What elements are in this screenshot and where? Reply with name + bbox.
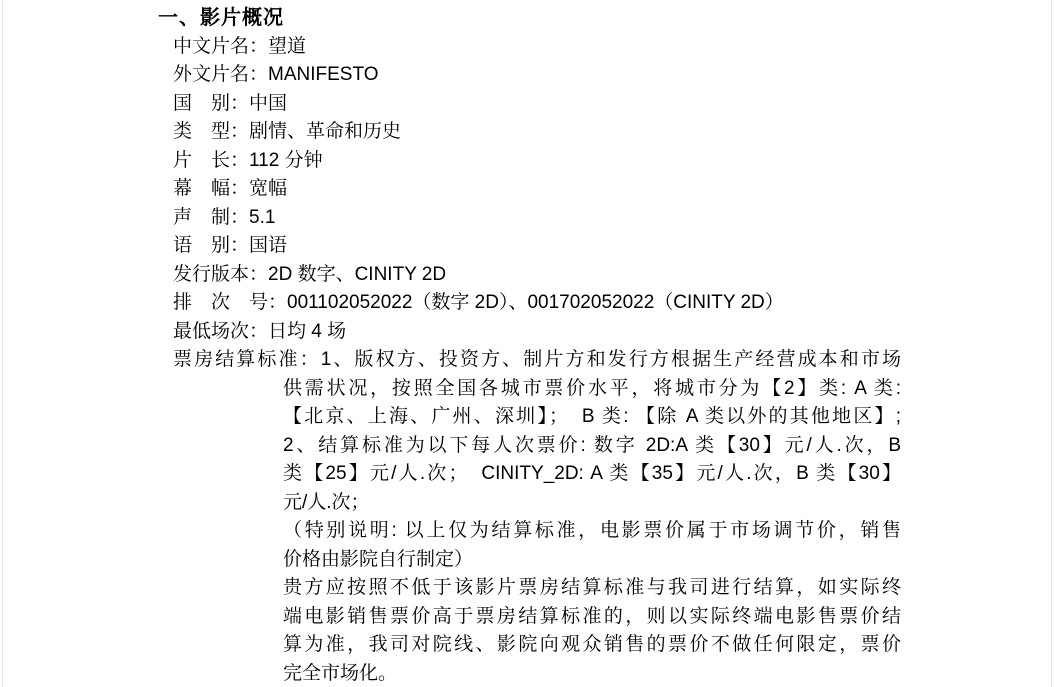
- settlement-line: 【北京、上海、广州、深圳】； B 类: 【除 A 类以外的其他地区】;: [283, 403, 901, 432]
- settlement-line: 供需状况，按照全国各城市票价水平，将城市分为【2】类: A 类:: [283, 375, 901, 404]
- field-label: 国 别：: [173, 93, 249, 114]
- settlement-line: （特别说明: 以上仅为结算标准，电影票价属于市场调节价，销售: [283, 517, 901, 546]
- field-label: 外文片名：: [173, 64, 268, 85]
- field-value: 望道: [268, 36, 306, 57]
- field-value: 中国: [249, 93, 287, 114]
- field-value: 001102052022（数字 2D）、001702052022（CINITY …: [287, 292, 784, 313]
- document-content: 一、影片概况 中文片名：望道 外文片名：MANIFESTO 国 别：中国 类 型…: [0, 4, 1057, 687]
- field-value: 日均 4 场: [268, 321, 346, 342]
- settlement-line: 端电影销售票价高于票房结算标准的，则以实际终端电影售票价结: [283, 603, 901, 632]
- field-value: 剧情、革命和历史: [249, 121, 401, 142]
- settlement-text: 1、版权方、投资方、制片方和发行方根据生产经营成本和市场: [321, 349, 901, 370]
- settlement-first-line: 票房结算标准：1、版权方、投资方、制片方和发行方根据生产经营成本和市场: [173, 346, 901, 375]
- field-line-chinese-title: 中文片名：望道: [173, 33, 1057, 62]
- settlement-line: 贵方应按照不低于该影片票房结算标准与我司进行结算，如实际终: [283, 574, 901, 603]
- field-line-release-version: 发行版本：2D 数字、CINITY 2D: [173, 261, 1057, 290]
- field-value: MANIFESTO: [268, 64, 379, 85]
- field-value: 2D 数字、CINITY 2D: [268, 264, 446, 285]
- field-line-foreign-title: 外文片名：MANIFESTO: [173, 61, 1057, 90]
- field-line-serial-number: 排 次 号：001102052022（数字 2D）、001702052022（C…: [173, 289, 1057, 318]
- settlement-line: 完全市场化。: [283, 660, 901, 687]
- field-line-runtime: 片 长：112 分钟: [173, 147, 1057, 176]
- field-label: 声 制：: [173, 207, 249, 228]
- field-value: 国语: [249, 235, 287, 256]
- field-line-genre: 类 型：剧情、革命和历史: [173, 118, 1057, 147]
- field-line-min-screenings: 最低场次：日均 4 场: [173, 318, 1057, 347]
- settlement-line: 算为准，我司对院线、影院向观众销售的票价不做任何限定，票价: [283, 631, 901, 660]
- settlement-label: 票房结算标准：: [173, 349, 321, 370]
- settlement-line: 2、结算标准为以下每人次票价: 数字 2D:A 类【30】元/人.次，B: [283, 432, 901, 461]
- field-line-sound: 声 制：5.1: [173, 204, 1057, 233]
- field-label: 语 别：: [173, 235, 249, 256]
- field-label: 类 型：: [173, 121, 249, 142]
- field-line-language: 语 别：国语: [173, 232, 1057, 261]
- settlement-line: 元/人.次；: [283, 489, 901, 518]
- field-value: 5.1: [249, 207, 275, 228]
- field-line-country: 国 别：中国: [173, 90, 1057, 119]
- field-line-aspect: 幕 幅：宽幅: [173, 175, 1057, 204]
- settlement-line: 价格由影院自行制定）: [283, 546, 901, 575]
- field-label: 片 长：: [173, 150, 249, 171]
- section-heading: 一、影片概况: [158, 4, 1057, 33]
- field-value: 宽幅: [249, 178, 287, 199]
- field-label: 中文片名：: [173, 36, 268, 57]
- field-label: 最低场次：: [173, 321, 268, 342]
- field-value: 112 分钟: [249, 150, 323, 171]
- field-label: 发行版本：: [173, 264, 268, 285]
- document-page: 一、影片概况 中文片名：望道 外文片名：MANIFESTO 国 别：中国 类 型…: [0, 0, 1057, 687]
- settlement-line: 类【25】元/人.次； CINITY_2D: A 类【35】元/人.次，B 类【…: [283, 460, 901, 489]
- field-label: 幕 幅：: [173, 178, 249, 199]
- field-label: 排 次 号：: [173, 292, 287, 313]
